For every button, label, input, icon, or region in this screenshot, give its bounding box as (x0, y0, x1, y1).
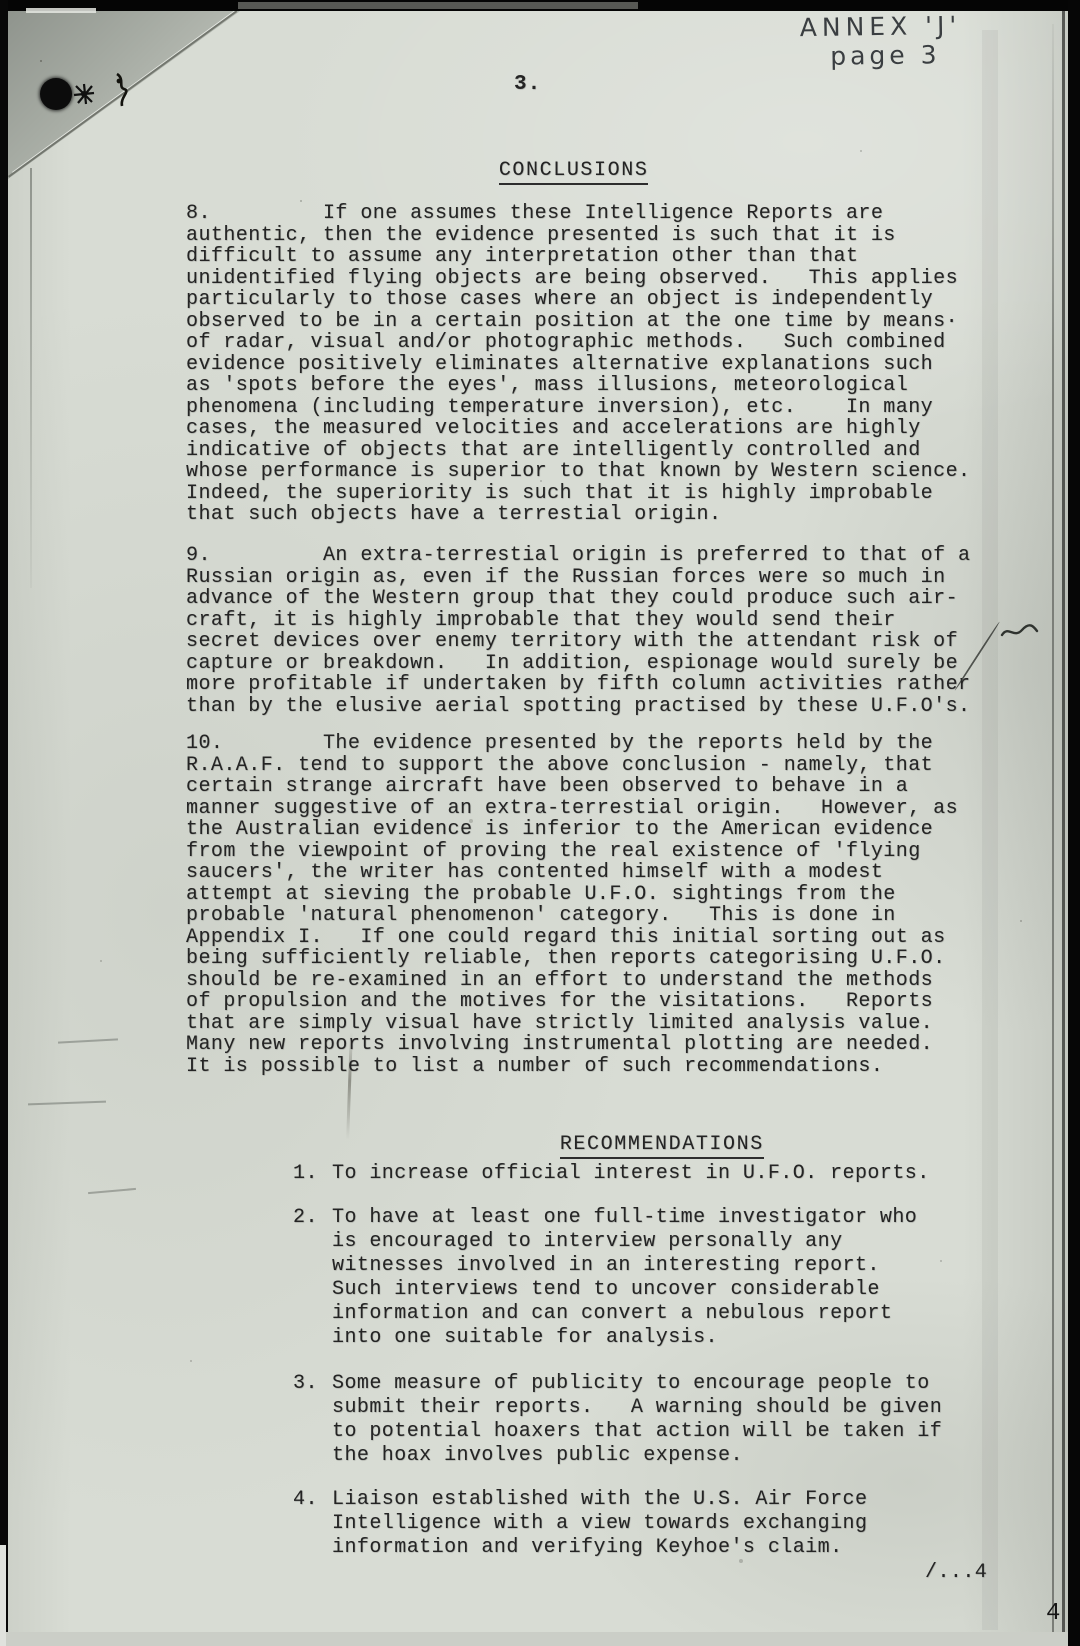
hole-punch (40, 78, 72, 110)
item-3-text: Some measure of publicity to encourage p… (332, 1372, 942, 1468)
paper-speckles (40, 60, 42, 62)
corner-page-number: 4 (1046, 1600, 1060, 1627)
conclusions-heading-text: CONCLUSIONS (499, 160, 649, 186)
scan-edge-left-gap (0, 1545, 6, 1646)
scan-edge-left (0, 0, 8, 1646)
scan-edge-right (1068, 0, 1080, 1646)
annex-annotation: ANNEX 'J' page 3 (800, 11, 962, 71)
item-2-text: To have at least one full-time investiga… (332, 1206, 917, 1350)
left-crease-line (30, 168, 32, 588)
paragraph-10: 10. The evidence presented by the report… (186, 733, 958, 1077)
continuation-mark: /...4 (925, 1562, 987, 1584)
page-number: 3. (514, 74, 541, 96)
item-4-number: 4. (293, 1488, 318, 1512)
scan-edge-top-gap (26, 8, 96, 13)
annex-page-label: page 3 (830, 40, 962, 71)
recommendations-heading-text: RECOMMENDATIONS (560, 1134, 764, 1160)
item-2-number: 2. (293, 1206, 318, 1230)
underlying-page-edge-line-dark (1062, 0, 1065, 1646)
scan-edge-bottom (0, 1632, 1068, 1646)
item-4-text: Liaison established with the U.S. Air Fo… (332, 1488, 867, 1560)
item-1-text: To increase official interest in U.F.O. … (332, 1162, 930, 1186)
ink-scribble-icon (110, 72, 134, 110)
paragraph-8: 8. If one assumes these Intelligence Rep… (186, 203, 970, 526)
scan-edge-top-shadow (238, 2, 638, 9)
item-3-number: 3. (293, 1372, 318, 1396)
annex-label: ANNEX 'J' (800, 11, 962, 42)
conclusions-heading: CONCLUSIONS (449, 138, 648, 207)
ink-blot-icon (72, 82, 96, 108)
pen-squiggle-icon (1000, 622, 1040, 642)
scanned-document: ANNEX 'J' page 3 3. CONCLUSIONS 8. If on… (0, 0, 1080, 1646)
underlying-page-edge-line (1052, 24, 1054, 1646)
item-1-number: 1. (293, 1162, 318, 1186)
page-edge-shadow (982, 30, 998, 1630)
paragraph-9: 9. An extra-terrestial origin is preferr… (186, 545, 970, 717)
